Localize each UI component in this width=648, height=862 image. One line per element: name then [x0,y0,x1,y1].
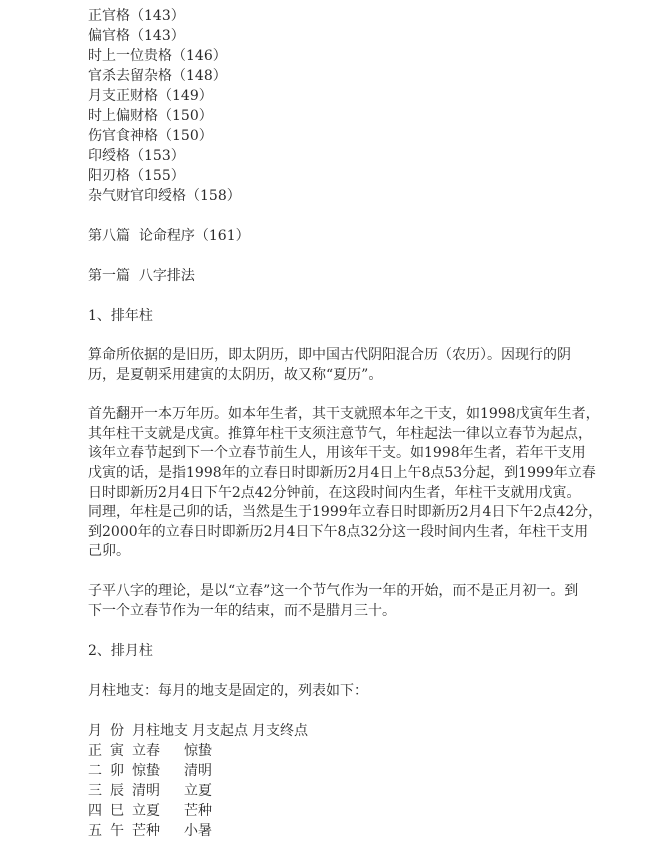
cell-end: 清明 [184,761,212,781]
table-header-cell: 月柱地支 [132,721,188,741]
toc-list: 正官格（143） 偏官格（143） 时上一位贵格（146） 官杀去留杂格（148… [88,6,588,206]
cell-month: 正 [88,741,110,761]
cell-branch: 辰 [110,781,132,801]
table-header-cell: 份 [110,721,132,741]
text-line: 历，是夏朝采用建寅的太阴历，故又称“夏历”。 [88,366,588,386]
table-row: 正寅立春惊蛰 [88,741,588,761]
toc-item-title: 时上偏财格 [88,108,158,124]
toc-item-page: （150） [158,108,213,124]
cell-branch: 寅 [110,741,132,761]
cell-month: 四 [88,801,110,821]
paragraph-ziping-theory: 子平八字的理论，是以“立春”这一个节气作为一年的开始，而不是正月初一。到 下一个… [88,582,588,621]
cell-end: 芒种 [184,801,212,821]
toc-item-page: （150） [158,128,213,144]
toc-item-page: （155） [130,168,185,184]
toc-item: 正官格（143） [88,6,588,26]
cell-end: 立夏 [184,781,212,801]
cell-start: 清明 [132,781,184,801]
section-title: 第一篇 八字排法 [88,266,588,286]
toc-item-page: （153） [130,148,185,164]
table-header-row: 月份月柱地支月支起点月支终点 [88,721,588,741]
cell-branch: 卯 [110,761,132,781]
text-line: 己卯。 [88,542,588,562]
text-line: 子平八字的理论，是以“立春”这一个节气作为一年的开始，而不是正月初一。到 [88,582,588,602]
cell-month: 三 [88,781,110,801]
toc-item-page: （149） [158,88,213,104]
table-header-cell: 月 [88,721,110,741]
subsection-title-month-pillar: 2、排月柱 [88,641,588,661]
toc-item-page: （158） [186,188,241,204]
toc-item: 杂气财官印绶格（158） [88,186,588,206]
table-header-cell: 月支终点 [252,721,308,741]
toc-item: 官杀去留杂格（148） [88,66,588,86]
cell-start: 立春 [132,741,184,761]
text-line: 下一个立春节作为一年的结束，而不是腊月三十。 [88,602,588,622]
toc-item-title: 阳刃格 [88,168,130,184]
table-row: 四巳立夏芒种 [88,801,588,821]
cell-start: 惊蛰 [132,761,184,781]
toc-item-title: 伤官食神格 [88,128,158,144]
toc-item-page: （146） [172,48,227,64]
cell-start: 立夏 [132,801,184,821]
toc-item-title: 正官格 [88,8,130,24]
toc-item-title: 时上一位贵格 [88,48,172,64]
table-row: 三辰清明立夏 [88,781,588,801]
toc-item-title: 官杀去留杂格 [88,68,172,84]
cell-month: 五 [88,821,110,841]
text-line: 其年柱干支就是戊寅。推算年柱干支须注意节气，年柱起法一律以立春节为起点， [88,425,588,445]
cell-branch: 巳 [110,801,132,821]
cell-end: 小暑 [184,821,212,841]
toc-item: 伤官食神格（150） [88,126,588,146]
text-line: 该年立春节起到下一个立春节前生人，用该年干支。如1998年生者，若年干支用 [88,444,588,464]
document-page: 正官格（143） 偏官格（143） 时上一位贵格（146） 官杀去留杂格（148… [88,6,588,841]
table-header-cell: 月支起点 [192,721,248,741]
cell-end: 惊蛰 [184,741,212,761]
toc-item-page: （148） [172,68,227,84]
text-line: 算命所依据的是旧历，即太阴历，即中国古代阴阳混合历（农历）。因现行的阴 [88,346,588,366]
toc-item-title: 印绶格 [88,148,130,164]
toc-item: 印绶格（153） [88,146,588,166]
chapter-heading: 第八篇 论命程序（161） [88,226,588,246]
toc-item: 时上偏财格（150） [88,106,588,126]
table-row: 二卯惊蛰清明 [88,761,588,781]
text-line: 戊寅的话，是指1998年的立春日时即新历2月4日上午8点53分起，到1999年立… [88,464,588,484]
toc-item-page: （143） [130,8,185,24]
month-branch-table: 月份月柱地支月支起点月支终点 正寅立春惊蛰 二卯惊蛰清明 三辰清明立夏 四巳立夏… [88,721,588,841]
toc-item-title: 偏官格 [88,28,130,44]
text-line: 日时即新历2月4日下午2点42分钟前，在这段时间内生者，年柱干支就用戊寅。 [88,484,588,504]
paragraph-month-branch-intro: 月柱地支：每月的地支是固定的，列表如下： [88,681,588,701]
paragraph-lunar-calendar: 算命所依据的是旧历，即太阴历，即中国古代阴阳混合历（农历）。因现行的阴 历，是夏… [88,346,588,385]
subsection-title-year-pillar: 1、排年柱 [88,306,588,326]
toc-item: 月支正财格（149） [88,86,588,106]
text-line: 首先翻开一本万年历。如本年生者，其干支就照本年之干支，如1998戊寅年生者， [88,405,588,425]
toc-item-title: 月支正财格 [88,88,158,104]
toc-item: 阳刃格（155） [88,166,588,186]
cell-start: 芒种 [132,821,184,841]
cell-month: 二 [88,761,110,781]
table-row: 五午芒种小暑 [88,821,588,841]
text-line: 同理，年柱是己卯的话，当然是生于1999年立春日时即新历2月4日下午2点42分， [88,503,588,523]
text-line: 到2000年的立春日时即新历2月4日下午8点32分这一段时间内生者，年柱干支用 [88,523,588,543]
toc-item: 时上一位贵格（146） [88,46,588,66]
paragraph-year-pillar-method: 首先翻开一本万年历。如本年生者，其干支就照本年之干支，如1998戊寅年生者， 其… [88,405,588,562]
cell-branch: 午 [110,821,132,841]
toc-item-title: 杂气财官印绶格 [88,188,186,204]
toc-item: 偏官格（143） [88,26,588,46]
toc-item-page: （143） [130,28,185,44]
